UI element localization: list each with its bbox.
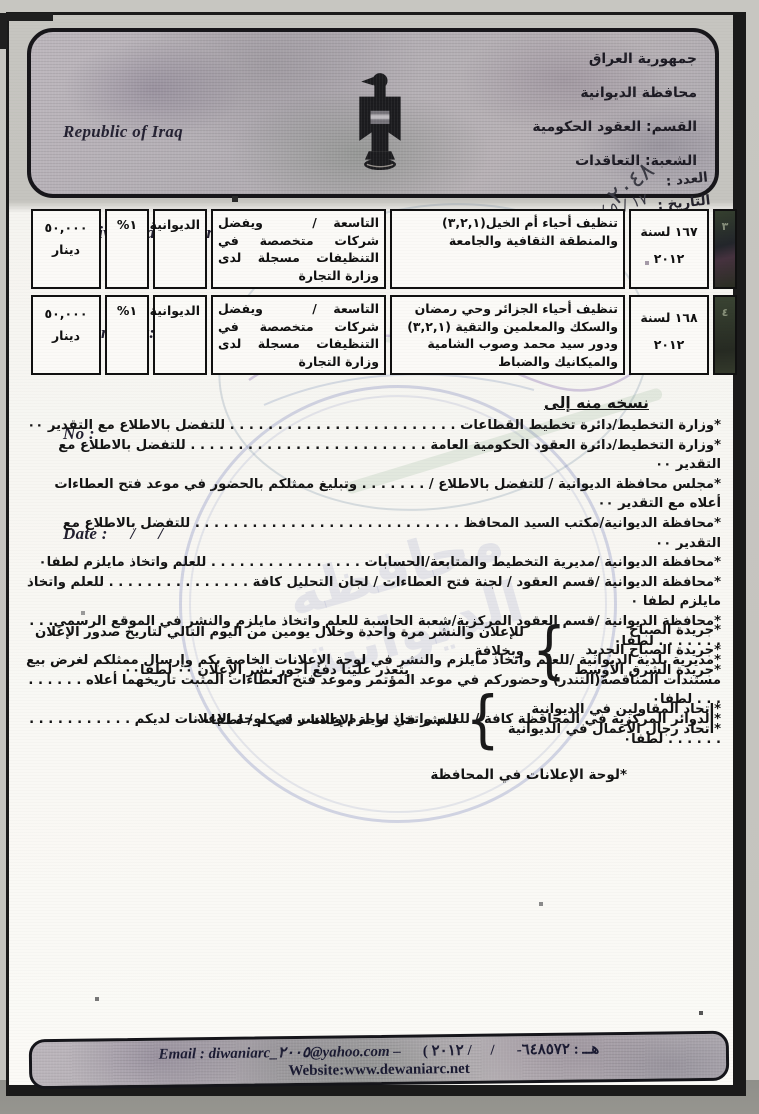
newspapers-note-line: للإعلان والنشر مرة واحدة وخلال يومين من … [9,623,524,661]
footer-email: Email : diwaniarc_٢٠٠٥@yahoo.com – [158,1042,400,1064]
newspapers-note: للإعلان والنشر مرة واحدة وخلال يومين من … [9,623,524,680]
letterhead-country-ar: جمهورية العراق [532,42,697,76]
newspaper-item: *جريدة الصباح الجديد [574,641,721,661]
copy-line: *وزارة التخطيط/دائرة العقود الحكومية الع… [21,436,721,475]
tender-table: ٣ ١٦٧ لسنة ٢٠١٢ تنظيف أحياء أم الخيل(٣,٢… [29,209,737,381]
amount-cell: ٥٠,٠٠٠ دينار [31,295,101,375]
row-number-cell: ٣ [713,209,737,289]
unions-list: *اتحاد المقاولين في الديوانية *اتحاد رجا… [508,700,721,740]
newspaper-item: *جريدة الصباح [574,621,721,641]
group-brace: { [532,620,566,682]
letterhead-governorate-ar: محافظة الديوانية [532,76,697,110]
copy-line: *محافظة الديوانية/مكتب السيد المحافظ . .… [21,514,721,553]
reference-number-label: العدد : [665,169,709,189]
tender-number-cell: ١٦٧ لسنة ٢٠١٢ [629,209,709,289]
newspapers-group: *جريدة الصباح *جريدة الصباح الجديد *جريد… [9,621,721,681]
tender-number: ١٦٨ لسنة [636,304,702,331]
tender-number-cell: ١٦٨ لسنة ٢٠١٢ [629,295,709,375]
letterhead-department-ar: القسم: العقود الحكومية [532,110,697,144]
conditions-cell: التاسعة / ويفضل شركات متخصصة في التنظيفا… [211,295,386,375]
description-cell: تنظيف أحياء أم الخيل(٣,٢,١) والمنطقة الث… [390,209,625,289]
amount-currency: دينار [38,239,94,261]
description-cell: تنظيف أحياء الجزائر وحي رمضان والسكك وال… [390,295,625,375]
governorate-cell: الديوانية [153,295,207,375]
amount-cell: ٥٠,٠٠٠ دينار [31,209,101,289]
tender-year: ٢٠١٢ [654,251,685,266]
letterhead-arabic-block: جمهورية العراق محافظة الديوانية القسم: ا… [532,42,697,178]
amount-value: ٥٠,٠٠٠ [38,303,94,325]
group-brace: { [465,689,499,751]
copy-line: *مجلس محافظة الديوانية / للتفضل بالاطلاع… [21,475,721,514]
scan-specks [0,0,2,2]
copy-line: *وزارة التخطيط/دائرة تخطيط القطاعات . . … [21,416,721,436]
scan-corner-mark [0,13,53,49]
row-number-cell: ٤ [713,295,737,375]
newspapers-note-line: يتعذر علينا دفع أجور نشر الإعلان ٠٠ لطفا… [9,661,524,680]
newspapers-list: *جريدة الصباح *جريدة الصباح الجديد *جريد… [574,621,721,681]
letterhead-box: Republic of Iraq Al-Diwaniyah Governorat… [27,28,719,198]
copy-line: *محافظة الديوانية /مديرية التخطيط والمتا… [21,553,721,573]
union-item: *اتحاد المقاولين في الديوانية [508,700,721,720]
iraq-eagle-emblem-icon [333,52,427,194]
document-page: محافظة الديوانية محافظة الديوانية Republ… [6,12,746,1096]
bulletin-board-line: *لوحة الإعلانات في المحافظة [430,767,627,783]
table-row: ٣ ١٦٧ لسنة ٢٠١٢ تنظيف أحياء أم الخيل(٣,٢… [29,209,737,289]
footer-phone: هــ : ٦٤٨٥٧٢- [517,1039,600,1059]
footer-year: ( ٢٠١٢ / / [423,1041,495,1061]
amount-value: ٥٠,٠٠٠ [38,217,94,239]
union-item: *اتحاد رجال الأعمال في الديوانية [508,720,721,740]
footer-box: Email : diwaniarc_٢٠٠٥@yahoo.com – ( ٢٠١… [29,1031,730,1090]
tender-number: ١٦٧ لسنة [636,218,702,245]
amount-currency: دينار [38,325,94,347]
percent-cell: ١% [105,209,149,289]
newspaper-item: *جريدة الشرق الأوسط [574,661,721,681]
governorate-cell: الديوانية [153,209,207,289]
letterhead-country-en: Republic of Iraq [63,115,261,149]
tender-year: ٢٠١٢ [654,337,685,352]
conditions-cell: التاسعة / ويفضل شركات متخصصة في التنظيفا… [211,209,386,289]
unions-note: للنشر في لوحة الإعلانات لديكم / لطفا٠٠ [195,711,458,730]
percent-cell: ١% [105,295,149,375]
unions-group: *اتحاد المقاولين في الديوانية *اتحاد رجا… [195,693,721,747]
copy-line: *محافظة الديوانية /قسم العقود / لجنة فتح… [21,573,721,612]
table-row: ٤ ١٦٨ لسنة ٢٠١٢ تنظيف أحياء الجزائر وحي … [29,295,737,375]
scanned-document: { "letterhead": { "english": [ "Republic… [0,0,759,1114]
copies-title: نسخه منه إلى [21,394,649,412]
